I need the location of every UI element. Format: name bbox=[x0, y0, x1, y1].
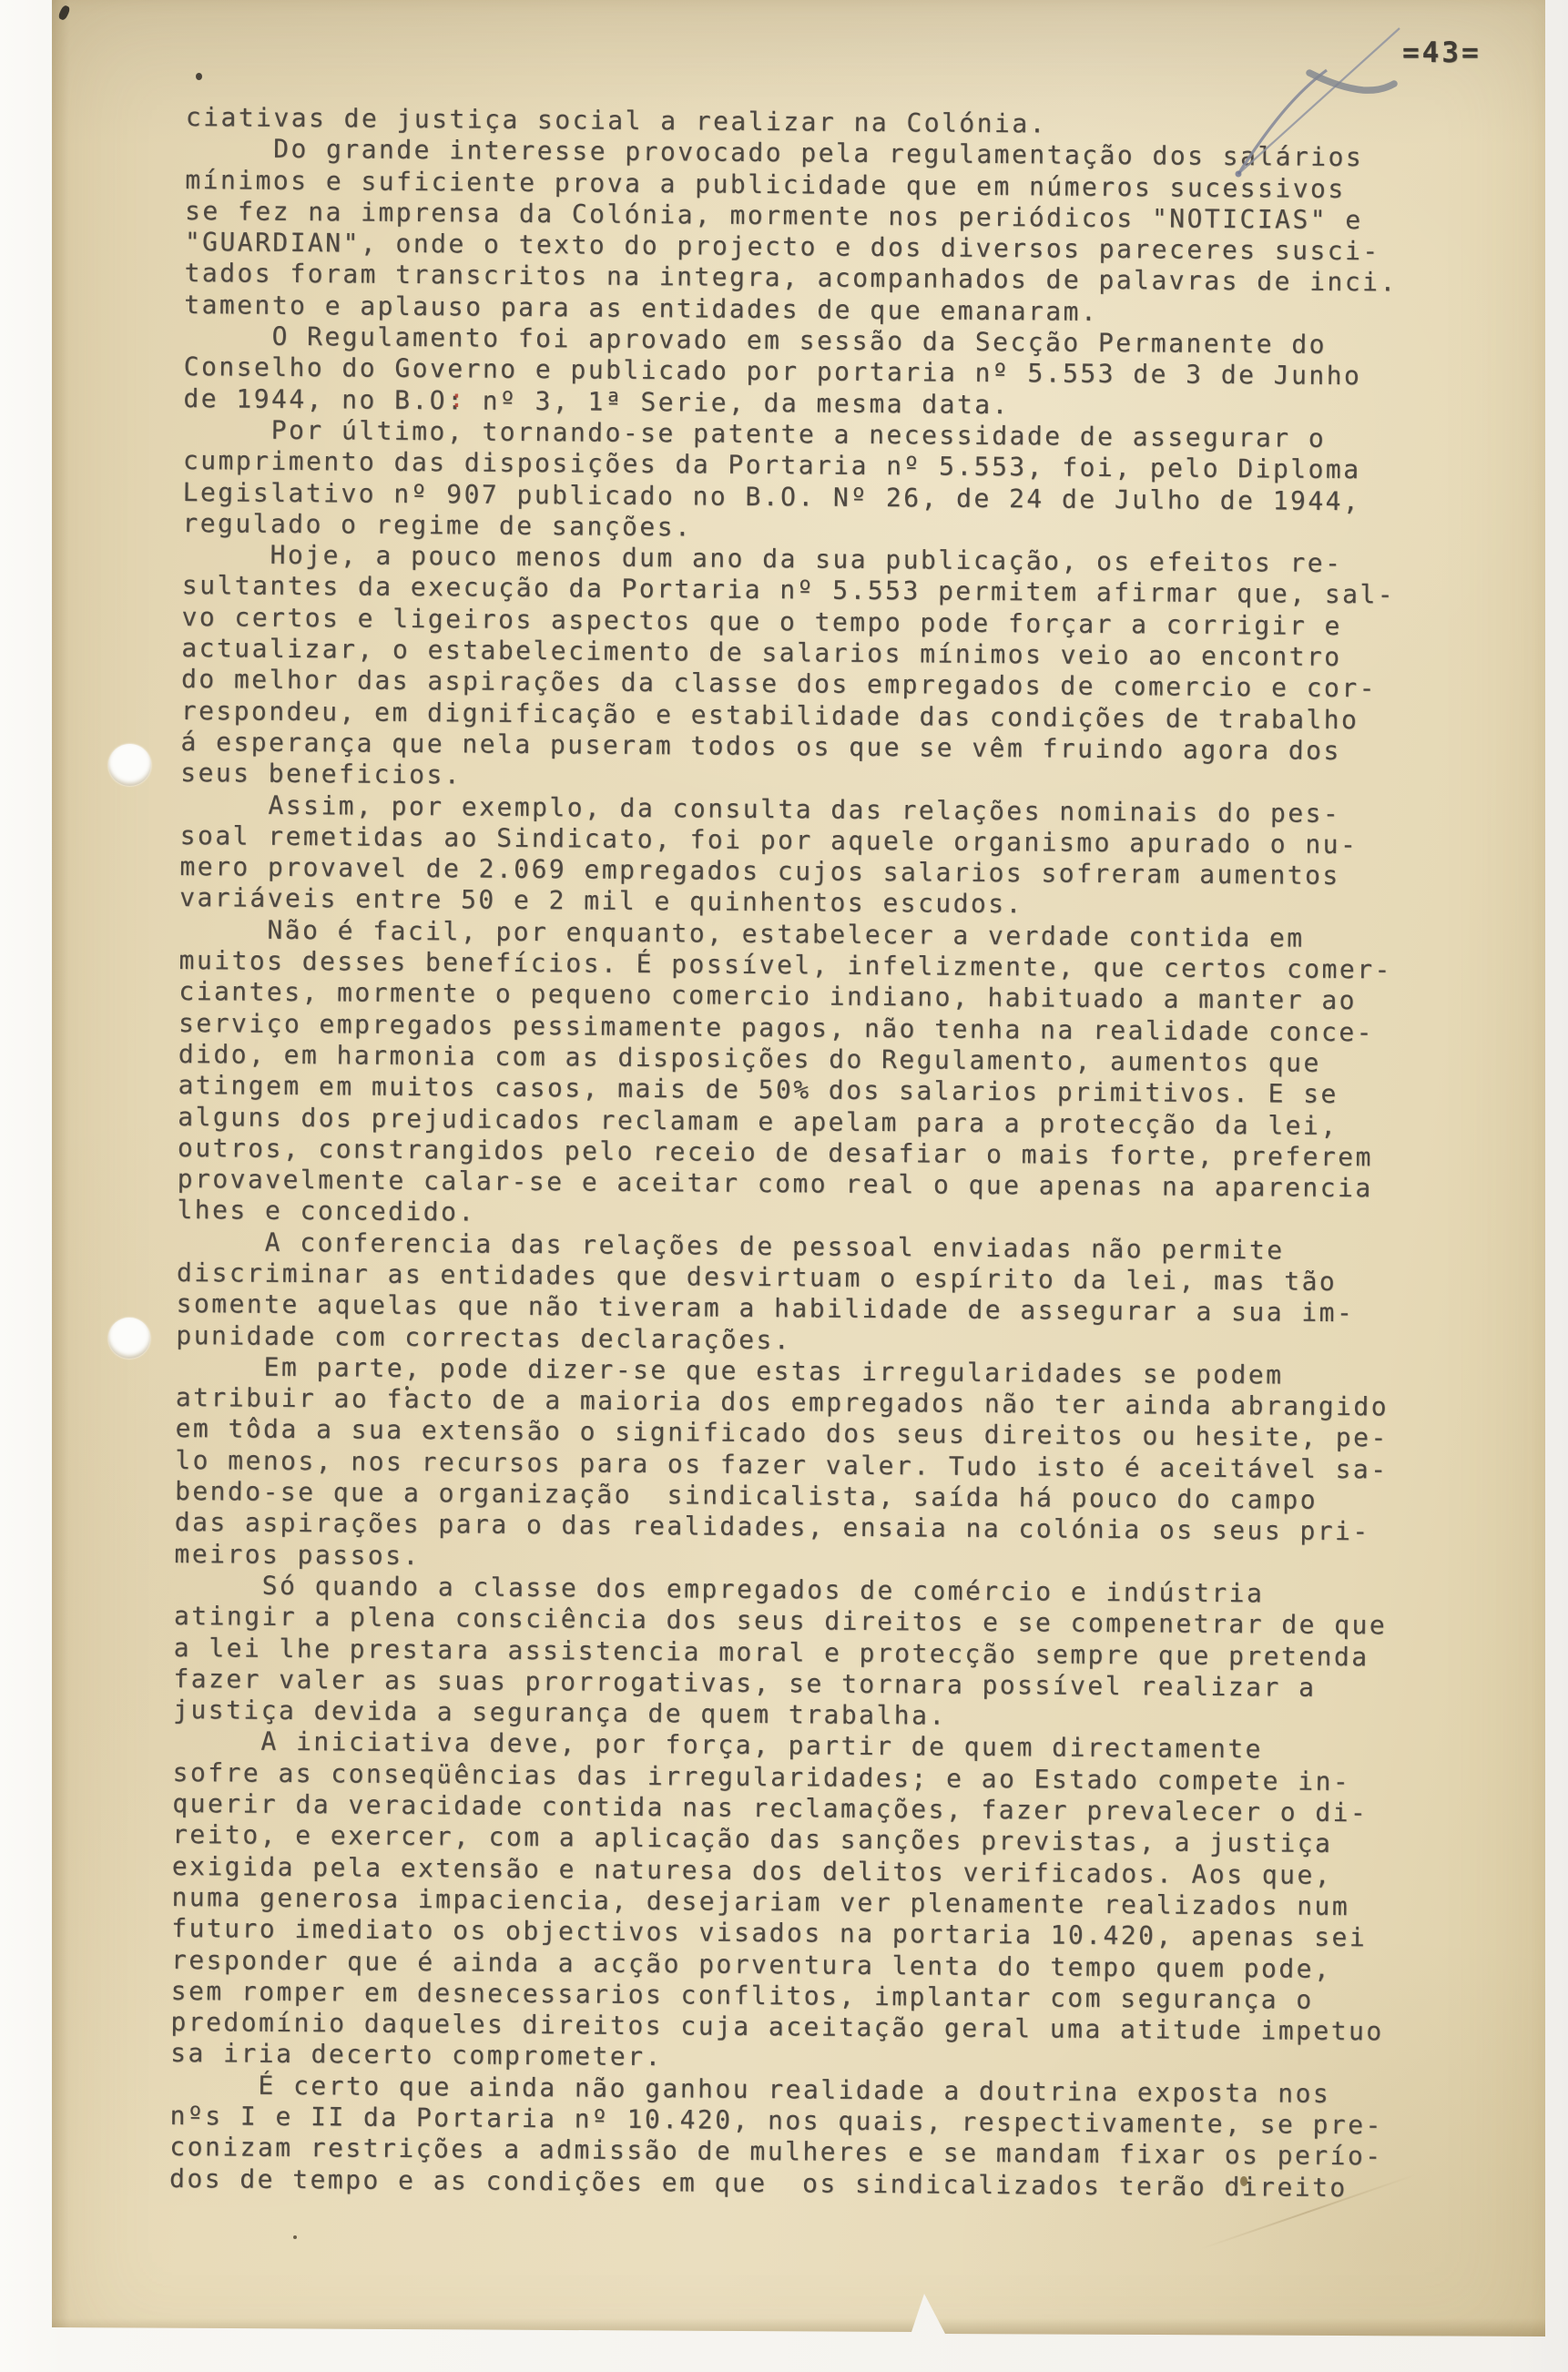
pen-checkmark-icon bbox=[0, 0, 1568, 2372]
scan-background: =43= ciativas de justiça social a realiz… bbox=[0, 0, 1568, 2372]
